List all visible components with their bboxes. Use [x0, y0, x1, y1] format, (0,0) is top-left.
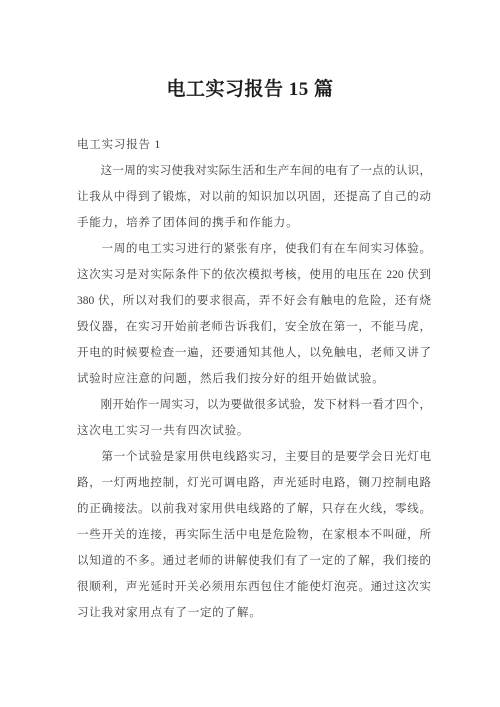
document-line: 毁仪器，在实习开始前老师告诉我们，安全放在第一，不能马虎， [77, 314, 431, 340]
document-line: 一周的电工实习进行的紧张有序，使我们有在车间实习体验。 [77, 236, 431, 262]
document-body: 电工实习报告 1 这一周的实习使我对实际生活和生产车间的电有了一点的认识， 让我… [77, 132, 431, 626]
document-line: 以知道的不多。通过老师的讲解使我们有了一定的了解，我们接的 [77, 548, 431, 574]
document-line: 开电的时候要检查一遍，还要通知其他人，以免触电，老师又讲了 [77, 340, 431, 366]
document-line: 习让我对家用点有了一定的了解。 [77, 600, 431, 626]
document-line: 这次实习是对实际条件下的依次模拟考核，使用的电压在 220 伏到 [77, 262, 431, 288]
section-heading: 电工实习报告 1 [77, 132, 431, 158]
document-line: 一些开关的连接，再实际生活中电是危险物，在家根本不叫碰，所 [77, 522, 431, 548]
document-line: 刚开始作一周实习，以为要做很多试验，发下材料一看才四个， [77, 392, 431, 418]
document-line: 第一个试验是家用供电线路实习，主要目的是要学会日光灯电 [77, 444, 431, 470]
document-line: 路，一灯两地控制，灯光可调电路，声光延时电路，铡刀控制电路 [77, 470, 431, 496]
document-title: 电工实习报告 15 篇 [0, 74, 500, 101]
document-page: 电工实习报告 15 篇 电工实习报告 1 这一周的实习使我对实际生活和生产车间的… [0, 0, 500, 707]
document-line: 的正确接法。以前我对家用供电线路的了解，只存在火线，零线。 [77, 496, 431, 522]
document-line: 很顺利，声光延时开关必须用东西包住才能使灯泡亮。通过这次实 [77, 574, 431, 600]
document-line: 手能力，培养了团体间的携手和作能力。 [77, 210, 431, 236]
document-line: 这次电工实习一共有四次试验。 [77, 418, 431, 444]
document-line: 这一周的实习使我对实际生活和生产车间的电有了一点的认识， [77, 158, 431, 184]
document-line: 让我从中得到了锻炼，对以前的知识加以巩固，还提高了自己的动 [77, 184, 431, 210]
document-line: 380 伏，所以对我们的要求很高，弄不好会有触电的危险，还有烧 [77, 288, 431, 314]
document-line: 试验时应注意的问题，然后我们按分好的组开始做试验。 [77, 366, 431, 392]
